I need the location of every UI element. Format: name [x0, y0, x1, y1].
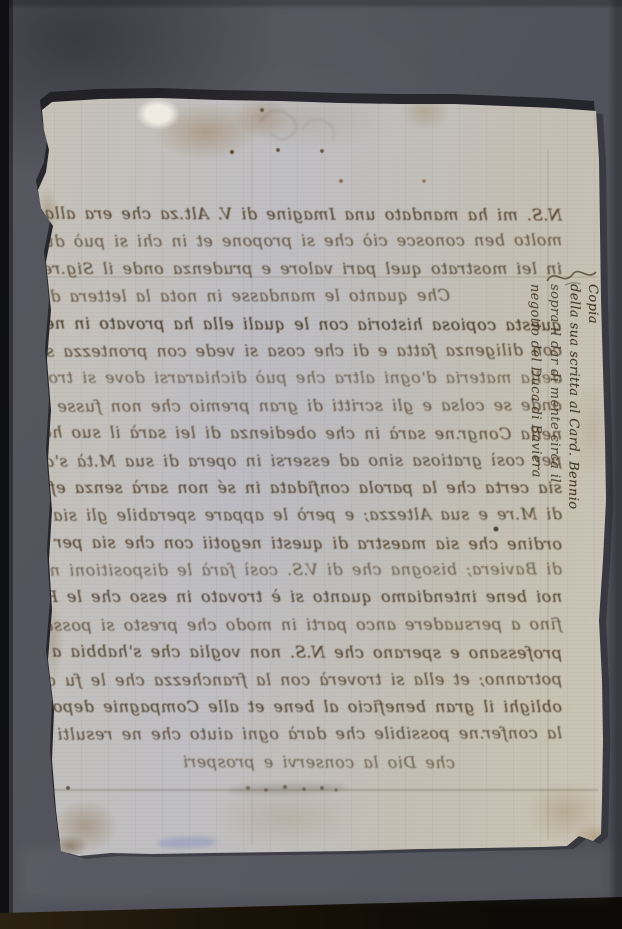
manuscript-line: oblighi il gran beneficio al bene et all… [50, 693, 562, 720]
manuscript-line: di M.re e sua Altezza; e però le appare … [50, 501, 562, 530]
docket-line: della sua scritta al Card. Bennio [563, 284, 584, 524]
docket-line: sopra il dar di mente circa il [545, 284, 564, 524]
docket-line: Copia [583, 284, 602, 524]
manuscript-line: fino a persuadere anco parti in modo che… [50, 610, 562, 639]
manuscript-line: sia certa che la parola confidata in sé … [50, 474, 562, 501]
blue-mark [158, 836, 216, 849]
manuscript-line: molto ben conosce ciò che si propone et … [50, 227, 562, 256]
manuscript-line: per così gratiosa sino ad essersi in ope… [50, 446, 562, 475]
manuscript-line: con diligenza fatta e di che cosa si ved… [50, 336, 562, 365]
docket-annotation: Copiadella sua scritta al Card. Bennioso… [522, 284, 602, 524]
manuscript-line: noi bene intendiamo quanto si è trovato … [50, 583, 562, 610]
docket-line: negotio del Duca di Baviera [525, 284, 546, 524]
manuscript-line: Che quanto le mandasse in nota la letter… [50, 282, 562, 311]
manuscript-line: onde se colsa e gli scritti di gran prem… [50, 391, 562, 420]
ghost-marks-icon [240, 94, 360, 158]
manuscript-line: professano e sperano che N.S. non voglia… [50, 638, 562, 667]
manuscript-line: nella Congr.ne sarà in che obedienza di … [50, 419, 562, 448]
manuscript-line: questa copiosa historia con le quali ell… [50, 309, 562, 338]
manuscript-line: N.S. mi ha mandato una Imagine di V. Alt… [50, 200, 562, 229]
manuscript-line: in lei mostrato quel pari valore e prude… [50, 255, 562, 282]
manuscript-line: della materia d'ogni altra che può dichi… [50, 364, 562, 391]
manuscript-line: la confer.ne possibile che darà ogni aiu… [50, 720, 562, 749]
manuscript-text: N.S. mi ha mandato una Imagine di V. Alt… [50, 200, 562, 775]
flourish-mark-icon [545, 263, 599, 291]
manuscript-line: di Baviera; bisogna che di V.S. così far… [50, 555, 562, 584]
manuscript-line: potranno; et ella si troverà con la fran… [50, 665, 562, 694]
manuscript-line: ordine che sia maestra di questi negotii… [50, 528, 562, 557]
ink-flecks [240, 784, 344, 793]
manuscript-line: che Dio la conservi e prosperi [50, 747, 562, 776]
letter-paper: N.S. mi ha mandato una Imagine di V. Alt… [0, 0, 622, 929]
photo-background: N.S. mi ha mandato una Imagine di V. Alt… [0, 0, 622, 929]
